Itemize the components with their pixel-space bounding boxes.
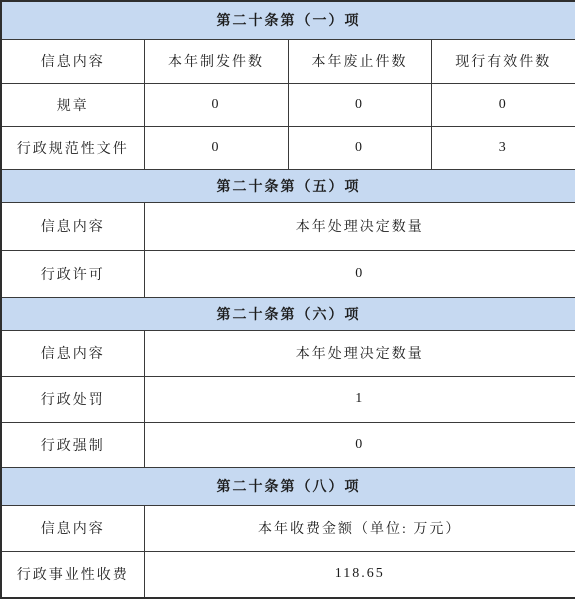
cell-value: 0: [144, 422, 575, 467]
column-header: 本年收费金额（单位: 万元）: [144, 505, 575, 551]
column-header: 信息内容: [1, 202, 144, 250]
column-header: 现行有效件数: [431, 39, 575, 83]
column-header: 本年处理决定数量: [144, 202, 575, 250]
section-1-header-row: 信息内容 本年制发件数 本年废止件数 现行有效件数: [1, 39, 575, 83]
cell-value: 3: [431, 126, 575, 169]
row-label: 行政许可: [1, 250, 144, 297]
column-header: 本年制发件数: [144, 39, 288, 83]
section-1-title: 第二十条第（一）项: [1, 1, 575, 39]
cell-value: 1: [144, 376, 575, 422]
cell-value: 0: [144, 250, 575, 297]
section-4-title: 第二十条第（八）项: [1, 467, 575, 505]
row-label: 行政规范性文件: [1, 126, 144, 169]
column-header: 本年废止件数: [288, 39, 431, 83]
cell-value: 0: [144, 83, 288, 126]
disclosure-report-table: 第二十条第（一）项 信息内容 本年制发件数 本年废止件数 现行有效件数 规章 0…: [0, 0, 575, 599]
section-4: 第二十条第（八）项: [1, 467, 575, 505]
section-1: 第二十条第（一）项: [1, 1, 575, 39]
table-row: 规章 0 0 0: [1, 83, 575, 126]
column-header: 信息内容: [1, 330, 144, 376]
table-row: 行政规范性文件 0 0 3: [1, 126, 575, 169]
table-row: 行政许可 0: [1, 250, 575, 297]
cell-value: 0: [288, 83, 431, 126]
cell-value: 0: [144, 126, 288, 169]
section-3-header-row: 信息内容 本年处理决定数量: [1, 330, 575, 376]
row-label: 规章: [1, 83, 144, 126]
row-label: 行政事业性收费: [1, 551, 144, 598]
section-4-header-row: 信息内容 本年收费金额（单位: 万元）: [1, 505, 575, 551]
cell-value: 0: [288, 126, 431, 169]
row-label: 行政强制: [1, 422, 144, 467]
section-3: 第二十条第（六）项: [1, 297, 575, 330]
column-header: 信息内容: [1, 505, 144, 551]
table-row: 行政事业性收费 118.65: [1, 551, 575, 598]
section-3-title: 第二十条第（六）项: [1, 297, 575, 330]
section-2-header-row: 信息内容 本年处理决定数量: [1, 202, 575, 250]
section-2: 第二十条第（五）项: [1, 169, 575, 202]
row-label: 行政处罚: [1, 376, 144, 422]
table-row: 行政处罚 1: [1, 376, 575, 422]
table-row: 行政强制 0: [1, 422, 575, 467]
column-header: 本年处理决定数量: [144, 330, 575, 376]
cell-value: 0: [431, 83, 575, 126]
section-2-title: 第二十条第（五）项: [1, 169, 575, 202]
column-header: 信息内容: [1, 39, 144, 83]
cell-value: 118.65: [144, 551, 575, 598]
